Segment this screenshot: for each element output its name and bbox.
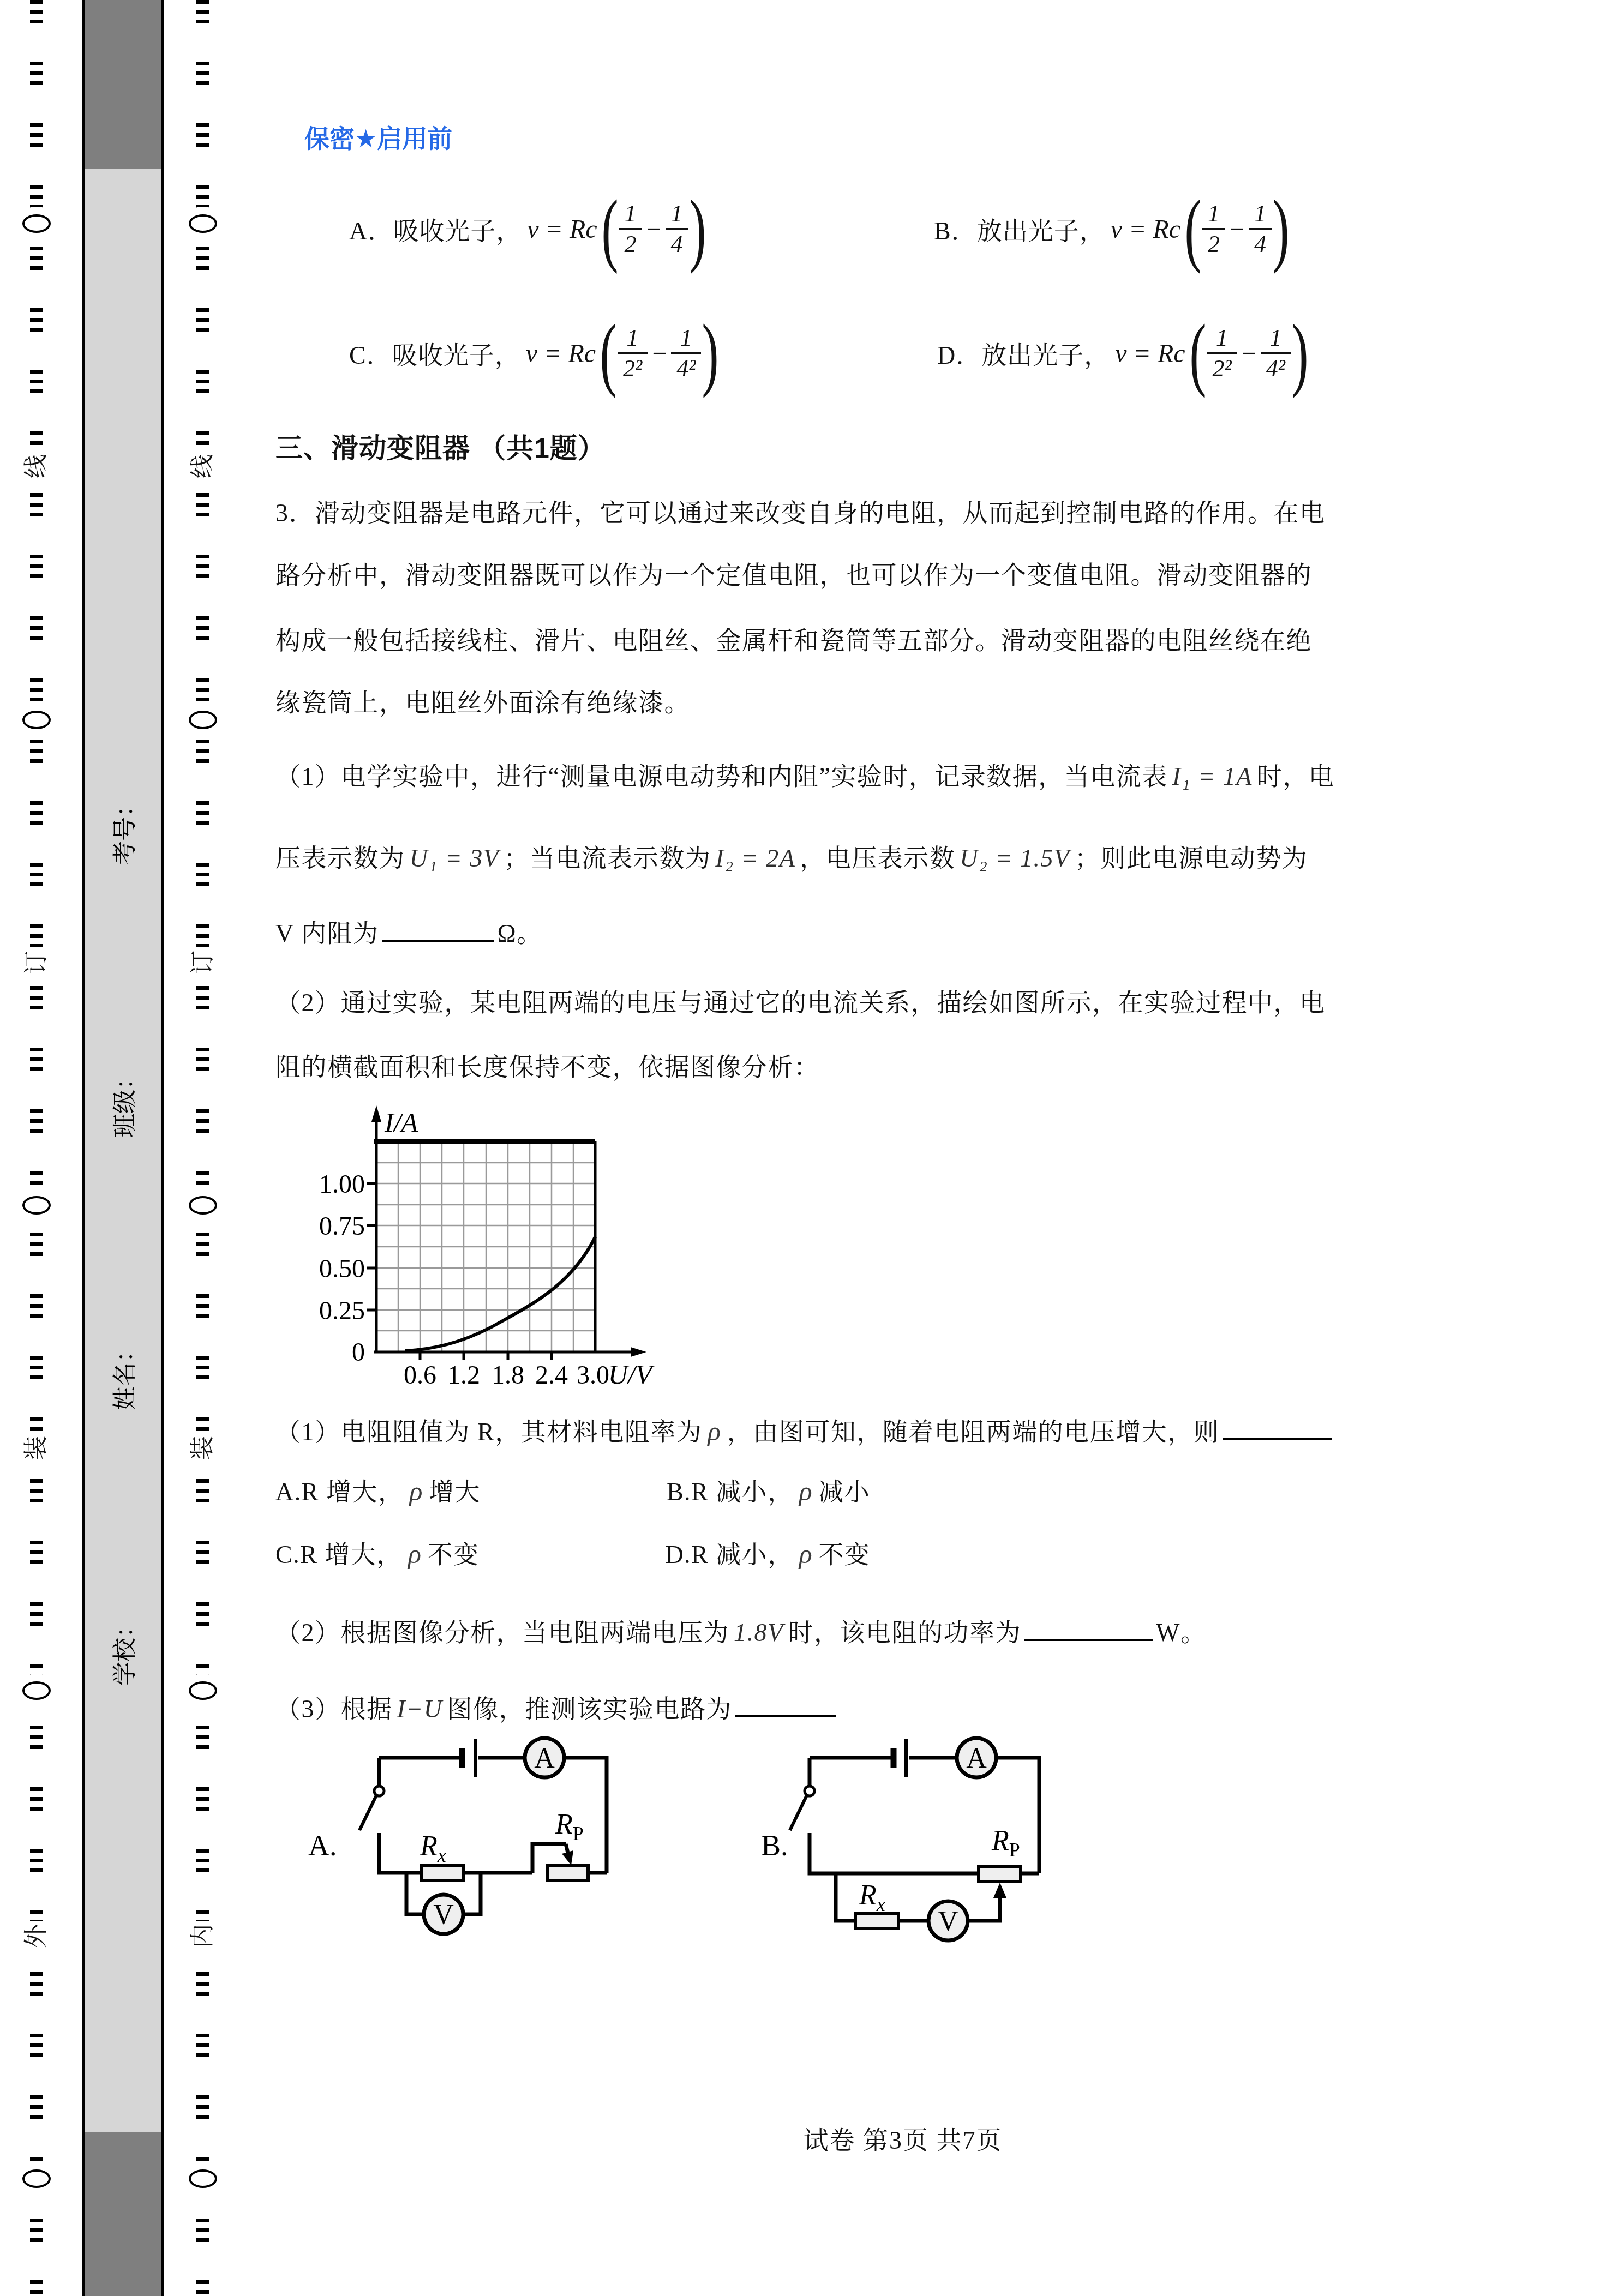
xtick-1.8: 1.8 <box>492 1361 524 1390</box>
xtick-1.2: 1.2 <box>447 1361 480 1390</box>
label-class: 班级： <box>105 1066 140 1138</box>
formula-nu-Rc: ν = Rc ( 12 − 14 ) <box>527 188 706 270</box>
part1-line1: （1）电学实验中，进行“测量电源电动势和内阻”实验时，记录数据，当电流表I₁ =… <box>275 761 1541 792</box>
binding-dash-column-inner: 线 订 装 内 <box>196 0 209 2296</box>
binding-char-xian: 线 <box>185 451 220 482</box>
q3-line: 路分析中，滑动变阻器既可以作为一个定值电阻，也可以作为一个变值电阻。滑动变阻器的 <box>275 560 1541 591</box>
rho-symbol: ρ <box>404 1476 429 1506</box>
resistor-Rx <box>421 1865 463 1880</box>
y-axis-arrow <box>371 1105 381 1122</box>
answer-blank <box>735 1693 836 1717</box>
switch-contact <box>805 1786 814 1796</box>
q3-line: 3．滑动变阻器是电路元件，它可以通过来改变自身的电阻，从而起到控制电路的作用。在… <box>275 497 1541 529</box>
x-axis-label: U/V <box>608 1359 655 1390</box>
binding-char-zhuang: 装 <box>185 1433 220 1463</box>
sub1-line: （1）电阻阻值为 R，其材料电阻率为ρ，由图可知，随着电阻两端的电压增大，则 <box>275 1415 1541 1448</box>
voltmeter-letter: V <box>433 1900 454 1931</box>
iu-curve-graph: I/A 1.00 0.75 0.50 0.25 0 0.6 1.2 1.8 2.… <box>303 1099 717 1404</box>
ytick-0.25: 0.25 <box>319 1296 365 1325</box>
part2-line1: （2）通过实验，某电阻两端的电压与通过它的电流关系，描绘如图所示，在实验过程中，… <box>275 987 1541 1019</box>
seal-strip-dark-bottom <box>85 2132 161 2296</box>
rheostat-Rp <box>547 1865 588 1880</box>
option-D-photon: D．放出光子， ν = Rc ( 12² − 14² ) <box>937 304 1309 402</box>
binding-char-ding: 订 <box>185 947 220 978</box>
binding-circle <box>22 2169 51 2188</box>
math-1.8V: 1.8V <box>729 1619 788 1646</box>
xtick-3.0: 3.0 <box>577 1361 609 1390</box>
page-footer: 试卷 第3页 共7页 <box>275 2120 1530 2156</box>
switch-blade <box>359 1795 376 1830</box>
seal-strip-dark-top <box>85 0 161 169</box>
binding-circle <box>22 1196 51 1215</box>
option-C-photon: C．吸收光子， ν = Rc ( 12² − 14² ) <box>349 304 720 402</box>
sub1-options-AB: A.R 增大，ρ增大 B.R 减小，ρ减小 <box>275 1475 1541 1508</box>
voltmeter-letter: V <box>938 1906 958 1937</box>
option-A-photon: A．吸收光子， ν = Rc ( 12 − 14 ) <box>349 180 707 278</box>
formula-nu-Rc: ν = Rc ( 12² − 14² ) <box>526 312 720 394</box>
ytick-1.00: 1.00 <box>319 1170 365 1199</box>
rheostat-slider-arrow <box>562 1850 573 1865</box>
binding-char-ding: 订 <box>19 947 54 978</box>
binding-circle <box>189 1196 217 1215</box>
Rx-label: Rx <box>420 1831 446 1866</box>
binding-char-nei: 内 <box>185 1921 220 1951</box>
y-axis-label: I/A <box>384 1107 418 1138</box>
label-name: 姓名： <box>105 1338 140 1410</box>
math-U2: U₂ = 1.5V <box>955 844 1074 872</box>
formula-nu-Rc: ν = Rc ( 12 − 14 ) <box>1111 188 1290 270</box>
rheostat-slider-arrow <box>993 1883 1006 1898</box>
section-title: 三、滑动变阻器 （共1题） <box>275 426 606 466</box>
ytick-0.75: 0.75 <box>319 1212 365 1241</box>
rho-symbol: ρ <box>794 1538 819 1569</box>
exam-page: 线 订 装 外 考号： 班级： 姓名： 学校： 线 订 装 内 保密★启用前 A… <box>0 0 1624 2296</box>
rheostat-Rp <box>979 1866 1021 1882</box>
fraction: 14 <box>666 200 688 259</box>
minus-sign: − <box>642 214 666 244</box>
math-I2: I₂ = 2A <box>711 844 800 872</box>
right-paren: ) <box>689 188 706 270</box>
seal-strip: 考号： 班级： 姓名： 学校： <box>82 0 164 2296</box>
formula-lhs: ν = Rc <box>527 214 600 244</box>
binding-char-zhuang: 装 <box>19 1433 54 1463</box>
xtick-0.6: 0.6 <box>404 1361 436 1390</box>
math-I-U: I−U <box>393 1695 447 1723</box>
ammeter-letter: A <box>534 1743 555 1774</box>
q3-line: 缘瓷筒上，电阻丝外面涂有绝缘漆。 <box>275 687 1541 719</box>
option-label: B．放出光子， <box>934 211 1105 247</box>
binding-circle <box>189 2169 217 2188</box>
label-exam-number: 考号： <box>105 793 140 865</box>
circuit-diagram-B: B. A V RP Rx <box>726 1734 1140 1969</box>
binding-circle <box>22 214 51 233</box>
sub2-line: （2）根据图像分析，当电阻两端电压为1.8V时，该电阻的功率为W。 <box>275 1617 1541 1649</box>
rho-symbol: ρ <box>794 1476 819 1506</box>
binding-circle <box>189 711 217 729</box>
q3-line: 构成一般包括接线柱、滑片、电阻丝、金属杆和瓷筒等五部分。滑动变阻器的电阻丝绕在绝 <box>275 625 1541 657</box>
left-paren: ( <box>601 188 618 270</box>
circuit-B-label: B. <box>761 1829 788 1862</box>
switch-contact <box>374 1786 384 1796</box>
binding-circle <box>189 214 217 233</box>
rho-symbol: ρ <box>702 1416 727 1446</box>
option-label: D．放出光子， <box>937 335 1110 371</box>
math-I1: I₁ = 1A <box>1168 762 1257 790</box>
ytick-0.50: 0.50 <box>319 1254 365 1283</box>
answer-blank <box>1223 1416 1332 1440</box>
part1-line3: V 内阻为Ω。 <box>275 918 1541 949</box>
confidential-header: 保密★启用前 <box>304 119 452 155</box>
Rx-label: Rx <box>859 1880 885 1915</box>
origin-label: 0 <box>352 1338 365 1367</box>
binding-char-wai: 外 <box>19 1921 54 1951</box>
iu-curve <box>405 1237 595 1351</box>
x-axis-arrow <box>631 1347 646 1357</box>
resistor-Rx <box>855 1914 898 1928</box>
option-label: A．吸收光子， <box>349 211 522 247</box>
part2-line2: 阻的横截面积和长度保持不变，依据图像分析： <box>275 1051 1541 1083</box>
part1-line2: 压表示数为U₁ = 3V；当电流表示数为I₂ = 2A，电压表示数U₂ = 1.… <box>275 843 1541 874</box>
switch-blade <box>790 1795 807 1830</box>
binding-circle <box>22 1681 51 1700</box>
binding-circle <box>189 1681 217 1700</box>
option-label: C．吸收光子， <box>349 335 520 371</box>
math-U1: U₁ = 3V <box>405 844 504 872</box>
sub1-options-CD: C.R 增大，ρ不变 D.R 减小，ρ不变 <box>275 1538 1541 1571</box>
rho-symbol: ρ <box>403 1538 428 1569</box>
binding-circle <box>22 711 51 729</box>
binding-dash-column-outer: 线 订 装 外 <box>30 0 43 2296</box>
ammeter-letter: A <box>966 1743 987 1774</box>
circuit-diagram-A: A. A V Rx RP <box>289 1734 671 1969</box>
answer-blank <box>1024 1617 1153 1641</box>
Rp-label: RP <box>555 1809 584 1844</box>
sub3-line: （3）根据I−U图像，推测该实验电路为 <box>275 1693 1541 1725</box>
option-B-photon: B．放出光子， ν = Rc ( 12 − 14 ) <box>934 180 1290 278</box>
circuit-A-label: A. <box>308 1829 337 1862</box>
xtick-2.4: 2.4 <box>535 1361 568 1390</box>
formula-nu-Rc: ν = Rc ( 12² − 14² ) <box>1115 312 1309 394</box>
Rp-label: RP <box>991 1825 1020 1861</box>
binding-char-xian: 线 <box>19 451 54 482</box>
label-school: 学校： <box>105 1614 140 1686</box>
fraction: 12 <box>619 200 642 259</box>
answer-blank <box>382 918 494 942</box>
